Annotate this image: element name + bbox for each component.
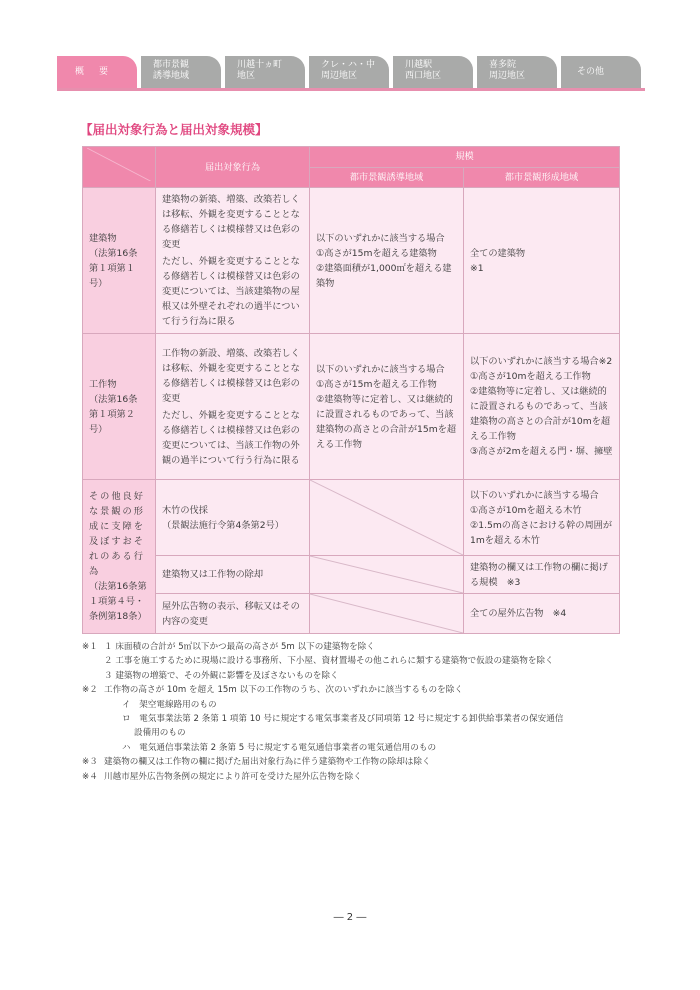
footnote-2-ha: ハ 電気通信事業法第 2 条第 5 号に規定する電気通信事業者の電気通信用のもの [82,741,642,755]
table-row-structure: 工作物 （法第16条 第１項第２ 号） 工作物の新設、増築、改築若しくは移転、外… [83,334,620,480]
row-zone-guidance-na [310,594,464,634]
row-zone-guidance: 以下のいずれかに該当する場合 ①高さが15mを超える建築物 ②建築面積が1,00… [310,188,464,334]
tab-label-line1: 川越十ヵ町 [237,60,305,71]
category-line: 第１項第２ [89,407,149,422]
category-line: 号） [89,276,149,291]
note-mark: ※３ [82,755,104,769]
scale-line: 以下のいずれかに該当する場合 [316,231,457,246]
scale-line: 以下のいずれかに該当する場合※2 [470,354,613,369]
scale-line: ②建築物等に定着し、又は継続的に設置されるものであって、当該建築物の高さとの合計… [470,384,613,444]
header-action: 届出対象行為 [156,147,310,188]
row-zone-formation: 以下のいずれかに該当する場合 ①高さが10mを超える木竹 ②1.5mの高さにおけ… [464,480,620,556]
row-zone-formation: 以下のいずれかに該当する場合※2 ①高さが10mを超える工作物 ②建築物等に定着… [464,334,620,480]
scale-line: 以下のいずれかに該当する場合 [316,362,457,377]
footnote-1-3: ３ 建築物の増築で、その外観に影響を及ぼさないものを除く [82,669,642,683]
footnote-1: ※１１ 床面積の合計が 5㎡以下かつ最高の高さが 5m 以下の建築物を除く [82,640,642,654]
row-zone-formation: 建築物の欄又は工作物の欄に掲げる規模 ※3 [464,556,620,594]
footnote-4: ※４川越市屋外広告物条例の規定により許可を受けた屋外広告物を除く [82,770,642,784]
corner-header-cell [83,147,156,188]
note-text: イ 架空電線路用のもの [122,700,217,710]
tab-label-line2: 地区 [237,71,305,82]
note-mark: ※２ [82,683,104,697]
row-category: 建築物 （法第16条 第１項第１ 号） [83,188,156,334]
footnote-3: ※３建築物の欄又は工作物の欄に掲げた届出対象行為に伴う建築物や工作物の除却は除く [82,755,642,769]
tab-urban-landscape-guidance[interactable]: 都市景観 誘導地域 [141,56,221,88]
tab-label-line2: 西口地区 [405,71,473,82]
page-number: ― 2 ― [0,912,700,923]
notification-scale-table: 届出対象行為 規模 都市景観誘導地域 都市景観形成地域 建築物 （法第16条 第… [82,146,620,634]
row-zone-guidance-na [310,556,464,594]
note-text: ３ 建築物の増築で、その外観に影響を及ぼさないものを除く [104,671,339,681]
row-action: 屋外広告物の表示、移転又はその内容の変更 [156,594,310,634]
tab-kawagoe-jukkacho[interactable]: 川越十ヵ町 地区 [225,56,305,88]
header-zone-formation: 都市景観形成地域 [464,167,620,188]
footnote-1-2: ２ 工事を施工するために現場に設ける事務所、下小屋、資材置場その他これらに類する… [82,654,642,668]
scale-line: ②1.5mの高さにおける幹の周囲が1mを超える木竹 [470,518,613,548]
tab-underline [57,88,645,91]
tab-label-line2: 周辺地区 [489,71,557,82]
action-text: 工作物の新設、増築、改築若しくは移転、外観を変更することとなる修繕若しくは模様替… [162,346,303,406]
scale-line: ②建築物等に定着し、又は継続的に設置されるものであって、当該建築物の高さとの合計… [316,392,457,452]
action-proviso: ただし、外観を変更することとなる修繕若しくは模様替又は色彩の変更については、当該… [162,408,303,468]
category-line: 号） [89,422,149,437]
table-row-outdoor-ads: 屋外広告物の表示、移転又はその内容の変更 全ての屋外広告物 ※4 [83,594,620,634]
tab-other[interactable]: その他 [561,56,641,88]
table-row-tree-felling: その他良好な景観の形成に支障を及ぼすおそれのある行為 （法第16条第１項第４号・… [83,480,620,556]
tab-label-line1: 喜多院 [489,60,557,71]
row-category-other: その他良好な景観の形成に支障を及ぼすおそれのある行為 （法第16条第１項第４号・… [83,480,156,634]
tab-kawagoe-station-west[interactable]: 川越駅 西口地区 [393,56,473,88]
row-category: 工作物 （法第16条 第１項第２ 号） [83,334,156,480]
row-action: 木竹の伐採 （景観法施行令第4条第2号） [156,480,310,556]
row-zone-guidance-na [310,480,464,556]
tab-label-line2: 誘導地域 [153,71,221,82]
note-text: 建築物の欄又は工作物の欄に掲げた届出対象行為に伴う建築物や工作物の除却は除く [104,757,431,767]
category-line: 第１項第１ [89,261,149,276]
footnote-2-ro: ロ 電気事業法第 2 条第 1 項第 10 号に規定する電気事業者及び同項第 1… [82,712,642,726]
category-line: 建築物 [89,231,149,246]
action-line: 建築物又は工作物の除却 [162,567,303,582]
table-row-building: 建築物 （法第16条 第１項第１ 号） 建築物の新築、増築、改築若しくは移転、外… [83,188,620,334]
scale-line: 建築物の欄又は工作物の欄に掲げる規模 ※3 [470,560,613,590]
category-line: （法第16条 [89,392,149,407]
note-text: ロ 電気事業法第 2 条第 1 項第 10 号に規定する電気事業者及び同項第 1… [122,714,563,724]
note-text: 工作物の高さが 10m を超え 15m 以下の工作物のうち、次のいずれかに該当す… [104,685,463,695]
scale-line: ※1 [470,261,613,276]
scale-line: ②建築面積が1,000㎡を超える建築物 [316,261,457,291]
action-text: 建築物の新築、増築、改築若しくは移転、外観を変更することとなる修繕若しくは模様替… [162,192,303,252]
tab-overview[interactable]: 概 要 [57,56,137,88]
footnote-2: ※２工作物の高さが 10m を超え 15m 以下の工作物のうち、次のいずれかに該… [82,683,642,697]
action-proviso: ただし、外観を変更することとなる修繕若しくは模様替又は色彩の変更については、当該… [162,254,303,329]
scale-line: ③高さが2mを超える門・塀、擁壁 [470,444,613,459]
row-zone-guidance: 以下のいずれかに該当する場合 ①高さが15mを超える工作物 ②建築物等に定着し、… [310,334,464,480]
tab-kitain[interactable]: 喜多院 周辺地区 [477,56,557,88]
diagonal-line-icon [310,480,463,555]
category-line: （法第16条第１項第４号・条例第18条） [89,579,149,624]
diagonal-line-icon [310,556,463,593]
category-line: その他良好な景観の形成に支障を及ぼすおそれのある行為 [89,489,149,579]
section-title: 【届出対象行為と届出対象規模】 [80,120,268,138]
row-zone-formation: 全ての建築物 ※1 [464,188,620,334]
tab-label: その他 [577,67,604,77]
scale-line: 全ての屋外広告物 ※4 [470,606,613,621]
note-mark: ※４ [82,770,104,784]
footnote-2-ro-cont: 設備用のもの [82,726,642,740]
footnote-2-i: イ 架空電線路用のもの [82,698,642,712]
row-action: 工作物の新設、増築、改築若しくは移転、外観を変更することとなる修繕若しくは模様替… [156,334,310,480]
diagonal-line-icon [87,148,151,181]
row-action: 建築物又は工作物の除却 [156,556,310,594]
note-text: 川越市屋外広告物条例の規定により許可を受けた屋外広告物を除く [104,772,362,782]
scale-line: ①高さが15mを超える建築物 [316,246,457,261]
note-text: ハ 電気通信事業法第 2 条第 5 号に規定する電気通信事業者の電気通信用のもの [122,743,436,753]
scale-line: ①高さが10mを超える木竹 [470,503,613,518]
row-action: 建築物の新築、増築、改築若しくは移転、外観を変更することとなる修繕若しくは模様替… [156,188,310,334]
footnotes: ※１１ 床面積の合計が 5㎡以下かつ最高の高さが 5m 以下の建築物を除く ２ … [82,640,642,784]
action-line: （景観法施行令第4条第2号） [162,518,303,533]
header-scale: 規模 [310,147,620,168]
category-line: 工作物 [89,377,149,392]
scale-line: ①高さが15mを超える工作物 [316,377,457,392]
action-line: 木竹の伐採 [162,503,303,518]
diagonal-line-icon [310,594,463,633]
header-zone-guidance: 都市景観誘導地域 [310,167,464,188]
table-row-demolition: 建築物又は工作物の除却 建築物の欄又は工作物の欄に掲げる規模 ※3 [83,556,620,594]
scale-line: 全ての建築物 [470,246,613,261]
note-text: ２ 工事を施工するために現場に設ける事務所、下小屋、資材置場その他これらに類する… [104,656,554,666]
action-line: 屋外広告物の表示、移転又はその内容の変更 [162,599,303,629]
category-line: （法第16条 [89,246,149,261]
note-mark: ※１ [82,640,104,654]
section-tabs: 概 要 都市景観 誘導地域 川越十ヵ町 地区 クレ・ハ・中 周辺地区 川越駅 西… [57,56,645,88]
tab-label-line1: クレ・ハ・中 [321,60,389,71]
scale-line: ①高さが10mを超える工作物 [470,369,613,384]
note-text: １ 床面積の合計が 5㎡以下かつ最高の高さが 5m 以下の建築物を除く [104,642,375,652]
tab-label: 概 要 [75,67,111,77]
note-text: 設備用のもの [134,728,186,738]
tab-label-line1: 川越駅 [405,60,473,71]
tab-kure-ha-naka[interactable]: クレ・ハ・中 周辺地区 [309,56,389,88]
scale-line: 以下のいずれかに該当する場合 [470,488,613,503]
tab-label-line2: 周辺地区 [321,71,389,82]
tab-label-line1: 都市景観 [153,60,221,71]
row-zone-formation: 全ての屋外広告物 ※4 [464,594,620,634]
